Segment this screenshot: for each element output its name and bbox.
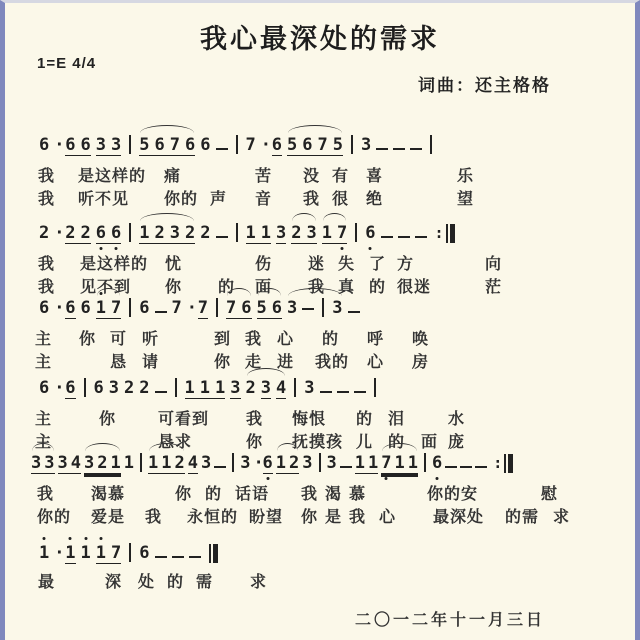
octave-dot-below — [385, 477, 388, 480]
barline — [129, 135, 131, 154]
note: 6 — [39, 135, 49, 155]
note: 3 — [109, 378, 119, 398]
lyric-syllable: 喜 — [366, 163, 383, 186]
beam-group: 66 — [96, 223, 122, 244]
duration-dash — [348, 311, 360, 313]
repeat-end-barline: : — [435, 223, 455, 243]
lyric-syllable: 话语 — [235, 481, 269, 504]
beam-group: 23 — [291, 223, 317, 244]
duration-dash — [172, 556, 184, 558]
music-system-4: 6·6632211132343 主你可看到我悔恨的泪水 主恳求你抚摸孩儿的面庞 — [5, 372, 635, 446]
beam-group: 1232 — [139, 223, 195, 244]
lyric-syllable: 方 — [397, 251, 414, 274]
barline — [129, 298, 131, 317]
barline — [424, 453, 426, 472]
duration-dash — [155, 391, 167, 393]
note: 5 — [287, 135, 297, 155]
barline — [351, 135, 353, 154]
slur-arc — [288, 288, 342, 296]
notation-line-5: 33343211112433·61233117116: — [5, 453, 635, 479]
note: 3 — [361, 135, 371, 155]
lyric-syllable: 你 — [301, 504, 318, 527]
note: 1 — [408, 453, 418, 473]
beam-group: 22 — [65, 223, 91, 244]
note: 3 — [327, 453, 337, 473]
lyric-syllable: 是这样的 — [78, 163, 146, 186]
thick-barline — [508, 454, 513, 473]
note: 1 — [200, 378, 210, 398]
lyric-syllable: 我 — [301, 481, 318, 504]
barline — [129, 223, 131, 242]
lyric-syllable: 悔恨 — [292, 406, 326, 429]
duration-dash — [340, 466, 352, 468]
note: 1 — [111, 453, 121, 473]
thick-barline — [213, 544, 218, 563]
lyric-syllable: 你的安 — [427, 481, 478, 504]
beam-group: 76 — [226, 298, 252, 319]
duration-dot: · — [54, 298, 60, 318]
note: 3 — [302, 453, 312, 473]
lyrics-line-1-verse-1: 我是这样的痛苦没有喜乐 — [5, 163, 635, 185]
key-signature: 1=E 4/4 — [37, 55, 96, 72]
repeat-end-barline: : — [493, 453, 513, 473]
lyric-syllable: 到 — [214, 326, 231, 349]
final-barline — [209, 543, 218, 563]
note: 3 — [287, 298, 297, 318]
thick-barline — [450, 224, 455, 243]
lyric-syllable: 向 — [485, 251, 502, 274]
duration-dot: · — [254, 453, 260, 473]
lyric-syllable: 唤 — [412, 326, 429, 349]
note: 6 — [272, 298, 282, 318]
note: 6 — [139, 298, 149, 318]
note: 1 — [368, 453, 378, 473]
octave-dot-below — [369, 247, 372, 250]
note: 2 — [185, 223, 195, 243]
lyric-syllable: 深 — [105, 569, 122, 592]
note: 3 — [304, 378, 314, 398]
note: 1 — [81, 543, 91, 563]
duration-dot: · — [54, 135, 60, 155]
lyric-syllable: 求 — [250, 569, 267, 592]
note: 7 — [226, 298, 236, 318]
note: 3 — [240, 453, 250, 473]
note: 7 — [198, 298, 208, 319]
duration-dash — [398, 236, 410, 238]
note: 2 — [39, 223, 49, 243]
lyric-syllable: 进 — [277, 349, 294, 372]
note: 1 — [96, 298, 106, 318]
lyric-syllable: 求 — [553, 504, 570, 527]
lyric-syllable: 音 — [255, 186, 272, 209]
note: 6 — [241, 298, 251, 318]
note: 6 — [272, 135, 282, 156]
lyric-syllable: 听不见 — [78, 186, 129, 209]
lyric-syllable: 你 — [99, 406, 116, 429]
note: 1 — [124, 453, 134, 473]
note: 6 — [81, 298, 91, 318]
lyric-syllable: 处 — [138, 569, 155, 592]
lyric-syllable: 我 — [145, 504, 162, 527]
notation-line-1: 6·6633567667·656753 — [5, 135, 635, 161]
octave-dot-below — [99, 247, 102, 250]
duration-dash — [302, 308, 314, 310]
note: 3 — [307, 223, 317, 243]
duration-dash — [337, 391, 349, 393]
note: 4 — [71, 453, 81, 473]
lyric-syllable: 乐 — [457, 163, 474, 186]
lyric-syllable: 慰 — [541, 481, 558, 504]
note: 1 — [65, 543, 75, 564]
barline — [140, 453, 142, 472]
barline — [322, 298, 324, 317]
note: 6 — [94, 378, 104, 398]
lyric-syllable: 慕 — [349, 481, 366, 504]
lyric-syllable: 渴慕 — [91, 481, 125, 504]
note: 4 — [276, 378, 286, 399]
note: 6 — [263, 453, 273, 474]
lyric-syllable: 绝 — [366, 186, 383, 209]
beam-group: 111 — [185, 378, 226, 399]
lyric-syllable: 你的 — [37, 504, 71, 527]
beam-group: 11 — [355, 453, 379, 474]
beam-group: 112 — [148, 453, 185, 474]
lyric-syllable: 我 — [246, 406, 263, 429]
notation-line-4: 6·6632211132343 — [5, 378, 635, 404]
note: 7 — [337, 223, 347, 243]
duration-dot: · — [54, 543, 60, 563]
note: 6 — [96, 223, 106, 243]
octave-dot-below — [436, 477, 439, 480]
music-system-5: 33343211112433·61233117116: 我渴慕你的话语我渴慕你的… — [5, 447, 635, 535]
duration-dash — [216, 148, 228, 150]
beam-group: 56 — [257, 298, 283, 319]
lyric-syllable: 痛 — [164, 163, 181, 186]
note: 6 — [432, 453, 442, 473]
duration-dash — [460, 466, 472, 468]
duration-dash — [189, 556, 201, 558]
music-system-2: 2·22661232211323176: 我是这样的忧伤迷失了方向 我见不到你的… — [5, 217, 635, 291]
lyric-syllable: 我 — [37, 481, 54, 504]
note: 3 — [31, 453, 41, 473]
slur-arc — [85, 443, 120, 451]
beam-group: 11 — [246, 223, 272, 244]
note: 2 — [200, 223, 210, 243]
barline — [232, 453, 234, 472]
duration-dot: · — [261, 135, 267, 155]
notation-line-3: 6·661767·7765633 — [5, 298, 635, 324]
note: 2 — [139, 378, 149, 398]
note: 7 — [111, 298, 121, 318]
notation-line-2: 2·22661232211323176: — [5, 223, 635, 249]
duration-dash — [214, 466, 226, 468]
beam-group: 5675 — [287, 135, 343, 156]
barline — [294, 378, 296, 397]
octave-dot-below — [341, 247, 344, 250]
note: 7 — [172, 298, 182, 318]
beam-group: 321 — [84, 453, 121, 474]
duration-dash — [381, 236, 393, 238]
lyric-syllable: 声 — [210, 186, 227, 209]
note: 7 — [246, 135, 256, 155]
note: 1 — [215, 378, 225, 398]
lyrics-line-6-verse-1: 最深处的需求 — [5, 569, 635, 591]
note: 6 — [65, 135, 75, 155]
barline — [129, 543, 131, 562]
slur-arc — [288, 125, 342, 133]
music-system-1: 6·6633567667·656753 我是这样的痛苦没有喜乐 我听不见你的声音… — [5, 129, 635, 215]
lyric-syllable: 忧 — [165, 251, 182, 274]
barline — [236, 135, 238, 154]
lyric-syllable: 迷 — [308, 251, 325, 274]
note: 6 — [365, 223, 375, 243]
lyrics-line-5-verse-1: 我渴慕你的话语我渴慕你的安慰 — [5, 481, 635, 503]
lyric-syllable: 主 — [35, 406, 52, 429]
beam-group: 34 — [58, 453, 82, 474]
lyric-syllable: 伤 — [255, 251, 272, 274]
duration-dash — [445, 466, 457, 468]
barline — [319, 453, 321, 472]
note: 4 — [188, 453, 198, 474]
note: 6 — [155, 135, 165, 155]
note: 2 — [155, 223, 165, 243]
note: 6 — [185, 135, 195, 155]
duration-dash — [393, 148, 405, 150]
lyric-syllable: 失 — [338, 251, 355, 274]
lyric-syllable: 我 — [38, 163, 55, 186]
lyrics-line-3-verse-1: 主你可听到我心的呼唤 — [5, 326, 635, 348]
lyric-syllable: 的需 — [505, 504, 539, 527]
lyric-syllable: 了 — [369, 251, 386, 274]
note: 1 — [261, 223, 271, 243]
octave-dot-above — [99, 292, 102, 295]
slur-arc — [149, 443, 184, 451]
composer-credit: 词曲：还主格格 — [418, 71, 551, 96]
repeat-dots: : — [435, 224, 444, 242]
slur-arc — [227, 288, 251, 296]
lyric-syllable: 的 — [205, 481, 222, 504]
lyric-syllable: 我的 — [315, 349, 349, 372]
lyric-syllable: 泪 — [388, 406, 405, 429]
lyric-syllable: 你 — [79, 326, 96, 349]
thin-barline — [209, 544, 211, 563]
note: 3 — [276, 223, 286, 244]
lyric-syllable: 我 — [38, 186, 55, 209]
thin-barline — [446, 224, 448, 243]
sheet-music-page: 我心最深处的需求 1=E 4/4 词曲：还主格格 6·6633567667·65… — [0, 0, 640, 640]
note: 3 — [261, 378, 271, 399]
beam-group: 5676 — [139, 135, 195, 156]
lyric-syllable: 主 — [35, 326, 52, 349]
lyrics-line-4-verse-1: 主你可看到我悔恨的泪水 — [5, 406, 635, 428]
note: 2 — [81, 223, 91, 243]
lyric-syllable: 请 — [142, 349, 159, 372]
note: 1 — [96, 543, 106, 563]
note: 2 — [289, 453, 299, 473]
note: 3 — [332, 298, 342, 318]
note: 3 — [170, 223, 180, 243]
duration-dash — [155, 556, 167, 558]
slur-arc — [140, 125, 194, 133]
note: 7 — [381, 453, 391, 473]
note: 2 — [65, 223, 75, 243]
note: 3 — [84, 453, 94, 473]
beam-group: 234 — [246, 378, 287, 399]
lyric-syllable: 永恒的 — [187, 504, 238, 527]
note: 3 — [44, 453, 54, 473]
lyric-syllable: 的 — [356, 406, 373, 429]
lyric-syllable: 是这样的 — [80, 251, 148, 274]
note: 5 — [139, 135, 149, 155]
lyric-syllable: 的 — [322, 326, 339, 349]
lyric-syllable: 盼望 — [249, 504, 283, 527]
note: 1 — [395, 453, 405, 473]
lyric-syllable: 有 — [332, 163, 349, 186]
date: 二〇一二年十一月三日 — [355, 607, 545, 630]
duration-dash — [155, 311, 167, 313]
duration-dot: · — [54, 223, 60, 243]
lyric-syllable: 可 — [110, 326, 127, 349]
octave-dot-above — [84, 537, 87, 540]
song-title: 我心最深处的需求 — [5, 17, 635, 56]
barline — [216, 298, 218, 317]
duration-dash — [354, 391, 366, 393]
note: 2 — [175, 453, 185, 473]
barline — [175, 378, 177, 397]
barline — [430, 135, 432, 154]
lyric-syllable: 房 — [412, 349, 429, 372]
note: 6 — [200, 135, 210, 155]
lyric-syllable: 我 — [245, 326, 262, 349]
barline — [84, 378, 86, 397]
beam-group: 33 — [287, 298, 343, 318]
note: 6 — [39, 298, 49, 318]
note: 3 — [58, 453, 68, 473]
lyric-syllable: 苦 — [255, 163, 272, 186]
lyric-syllable: 水 — [448, 406, 465, 429]
note: 7 — [111, 543, 121, 563]
lyric-syllable: 最 — [38, 569, 55, 592]
lyrics-line-1-verse-2: 我听不见你的声音我很绝望 — [5, 186, 635, 208]
beam-group: 17 — [322, 223, 348, 244]
note: 1 — [246, 223, 256, 243]
note: 1 — [185, 378, 195, 398]
octave-dot-below — [115, 247, 118, 250]
lyric-syllable: 没 — [303, 163, 320, 186]
note: 7 — [170, 135, 180, 155]
lyric-syllable: 心 — [379, 504, 396, 527]
lyric-syllable: 呼 — [367, 326, 384, 349]
note: 6 — [39, 378, 49, 398]
lyric-syllable: 主 — [35, 349, 52, 372]
octave-dot-above — [99, 537, 102, 540]
beam-group: 33 — [31, 453, 55, 474]
lyric-syllable: 的 — [167, 569, 184, 592]
note: 3 — [96, 135, 106, 155]
octave-dot-above — [43, 537, 46, 540]
lyric-syllable: 你 — [175, 481, 192, 504]
note: 6 — [65, 378, 75, 399]
note: 6 — [302, 135, 312, 155]
note: 5 — [257, 298, 267, 318]
barline — [236, 223, 238, 242]
barline — [374, 378, 376, 397]
note: 7 — [318, 135, 328, 155]
note: 1 — [322, 223, 332, 243]
lyrics-line-3-verse-2: 主恳请你走进我的心房 — [5, 349, 635, 371]
music-system-6: 1·11176 最深处的需求 — [5, 537, 635, 593]
lyrics-line-5-verse-2: 你的爱是我永恒的盼望你是我心最深处的需求 — [5, 504, 635, 526]
note: 2 — [124, 378, 134, 398]
lyric-syllable: 我 — [349, 504, 366, 527]
barline — [355, 223, 357, 242]
note: 2 — [291, 223, 301, 243]
note: 3 — [230, 378, 240, 399]
lyric-syllable: 需 — [196, 569, 213, 592]
lyrics-line-2-verse-1: 我是这样的忧伤迷失了方向 — [5, 251, 635, 273]
note: 1 — [39, 543, 49, 563]
note: 3 — [111, 135, 121, 155]
beam-group: 66 — [65, 135, 91, 156]
beam-group: 33 — [96, 135, 122, 156]
beam-group: 711 — [381, 453, 418, 474]
lyric-syllable: 最深处 — [433, 504, 484, 527]
note: 6 — [139, 543, 149, 563]
duration-dash — [415, 236, 427, 238]
slur-arc — [292, 213, 316, 221]
lyric-syllable: 渴 — [325, 481, 342, 504]
note: 6 — [81, 135, 91, 155]
duration-dash — [320, 391, 332, 393]
lyric-syllable: 可看到 — [158, 406, 209, 429]
beam-group: 17 — [96, 298, 122, 319]
note: 6 — [65, 298, 75, 319]
repeat-dots: : — [493, 454, 502, 472]
lyric-syllable: 我 — [303, 186, 320, 209]
lyric-syllable: 恳 — [110, 349, 127, 372]
duration-dot: · — [187, 298, 193, 318]
duration-dash — [475, 466, 487, 468]
notation-line-6: 1·11176 — [5, 543, 635, 569]
lyric-syllable: 听 — [142, 326, 159, 349]
lyric-syllable: 很 — [332, 186, 349, 209]
duration-dash — [216, 236, 228, 238]
lyric-syllable: 望 — [457, 186, 474, 209]
note: 1 — [276, 453, 286, 473]
lyric-syllable: 心 — [367, 349, 384, 372]
slur-arc — [32, 443, 54, 451]
lyric-syllable: 你 — [214, 349, 231, 372]
thin-barline — [504, 454, 506, 473]
duration-dot: · — [54, 378, 60, 398]
music-system-3: 6·661767·7765633 主你可听到我心的呼唤 主恳请你走进我的心房 — [5, 292, 635, 370]
lyric-syllable: 心 — [277, 326, 294, 349]
note: 3 — [201, 453, 211, 473]
lyric-syllable: 你的 — [164, 186, 198, 209]
octave-dot-above — [69, 537, 72, 540]
duration-dash — [376, 148, 388, 150]
note: 1 — [161, 453, 171, 473]
lyric-syllable: 是 — [325, 504, 342, 527]
note: 6 — [111, 223, 121, 243]
note: 5 — [333, 135, 343, 155]
lyric-syllable: 爱是 — [91, 504, 125, 527]
note: 1 — [148, 453, 158, 473]
lyric-syllable: 我 — [38, 251, 55, 274]
beam-group: 12 — [276, 453, 300, 474]
note: 2 — [97, 453, 107, 473]
note: 1 — [139, 223, 149, 243]
